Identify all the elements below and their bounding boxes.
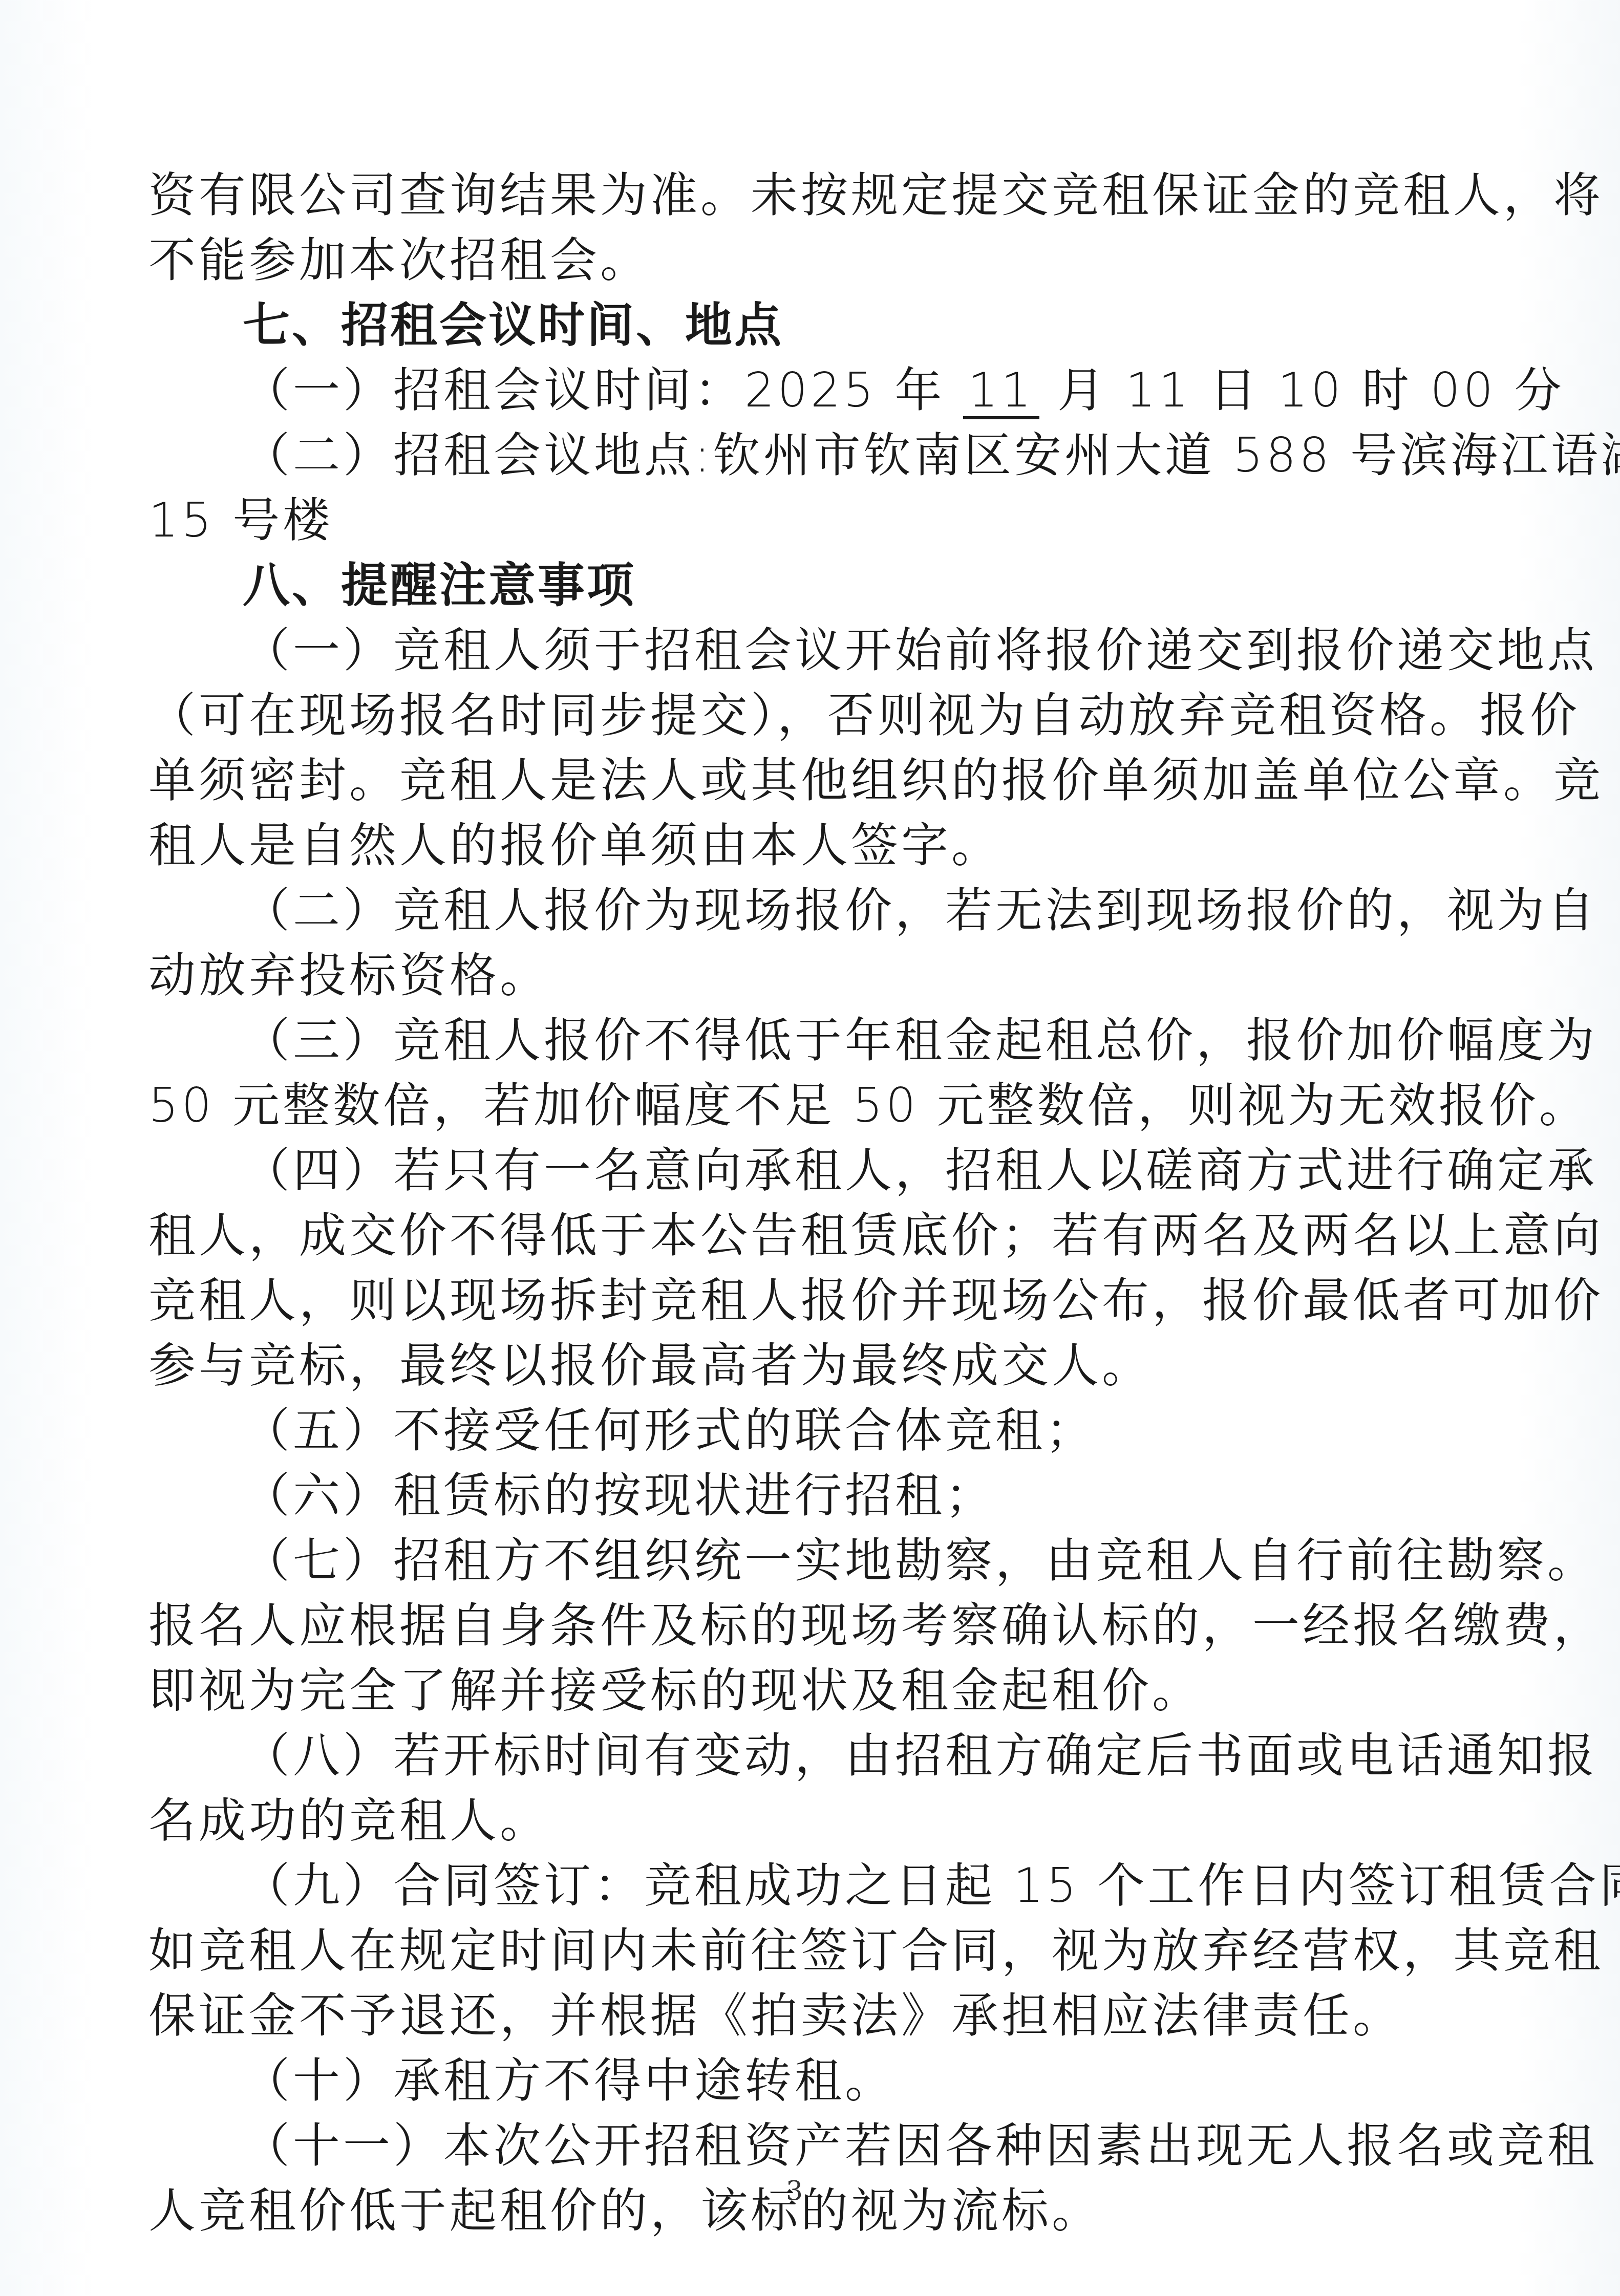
paragraph-line: 不能参加本次招租会。 [148, 228, 1439, 293]
meeting-month-underlined: 11 [963, 365, 1039, 419]
notice-item-2-cont: 动放弃投标资格。 [148, 943, 1439, 1008]
meeting-place-line-cont: 15 号楼 [148, 488, 1439, 553]
section-8-heading: 八、提醒注意事项 [148, 553, 1439, 618]
document-page: 资有限公司查询结果为准。未按规定提交竞租保证金的竞租人，将 不能参加本次招租会。… [0, 0, 1620, 2296]
page-number: 3 [786, 2176, 803, 2206]
notice-item-6: （六）租赁标的按现状进行招租； [148, 1463, 1439, 1528]
notice-item-9-cont: 保证金不予退还，并根据《拍卖法》承担相应法律责任。 [148, 1983, 1439, 2048]
notice-item-1-cont: （可在现场报名时同步提交），否则视为自动放弃竞租资格。报价 [148, 683, 1439, 748]
notice-item-7-cont: 报名人应根据自身条件及标的现场考察确认标的，一经报名缴费， [148, 1593, 1439, 1658]
notice-item-3-cont: 50 元整数倍，若加价幅度不足 50 元整数倍，则视为无效报价。 [148, 1073, 1439, 1138]
notice-item-4-cont: 租人，成交价不得低于本公告租赁底价；若有两名及两名以上意向 [148, 1203, 1439, 1268]
notice-item-5: （五）不接受任何形式的联合体竞租； [148, 1398, 1439, 1463]
notice-item-4: （四）若只有一名意向承租人，招租人以磋商方式进行确定承 [148, 1138, 1439, 1203]
notice-item-2: （二）竞租人报价为现场报价，若无法到现场报价的，视为自 [148, 878, 1439, 943]
meeting-time-suffix: 月 11 日 10 时 00 分 [1057, 363, 1565, 418]
meeting-time-prefix: （一）招租会议时间：2025 年 [243, 363, 945, 418]
notice-item-3: （三）竞租人报价不得低于年租金起租总价，报价加价幅度为 [148, 1008, 1439, 1073]
document-body: 资有限公司查询结果为准。未按规定提交竞租保证金的竞租人，将 不能参加本次招租会。… [148, 163, 1439, 2243]
notice-item-1-cont: 租人是自然人的报价单须由本人签字。 [148, 813, 1439, 878]
notice-item-9-cont: 如竞租人在规定时间内未前往签订合同，视为放弃经营权，其竞租 [148, 1918, 1439, 1983]
notice-item-8-cont: 名成功的竞租人。 [148, 1788, 1439, 1853]
notice-item-4-cont: 参与竞标，最终以报价最高者为最终成交人。 [148, 1333, 1439, 1398]
notice-item-7: （七）招租方不组织统一实地勘察，由竞租人自行前往勘察。 [148, 1528, 1439, 1593]
meeting-time-line: （一）招租会议时间：2025 年 11 月 11 日 10 时 00 分 [148, 358, 1439, 423]
notice-item-11: （十一）本次公开招租资产若因各种因素出现无人报名或竞租 [148, 2113, 1439, 2178]
notice-item-4-cont: 竞租人，则以现场拆封竞租人报价并现场公布，报价最低者可加价 [148, 1268, 1439, 1333]
notice-item-10: （十）承租方不得中途转租。 [148, 2048, 1439, 2113]
notice-item-1: （一）竞租人须于招租会议开始前将报价递交到报价递交地点 [148, 618, 1439, 683]
notice-item-8: （八）若开标时间有变动，由招租方确定后书面或电话通知报 [148, 1723, 1439, 1788]
notice-item-1-cont: 单须密封。竞租人是法人或其他组织的报价单须加盖单位公章。竞 [148, 748, 1439, 813]
notice-item-9: （九）合同签订：竞租成功之日起 15 个工作日内签订租赁合同， [148, 1853, 1439, 1918]
paragraph-line: 资有限公司查询结果为准。未按规定提交竞租保证金的竞租人，将 [148, 163, 1439, 228]
notice-item-7-cont: 即视为完全了解并接受标的现状及租金起租价。 [148, 1658, 1439, 1723]
meeting-place-line: （二）招租会议地点:钦州市钦南区安州大道 588 号滨海江语湖 [148, 423, 1439, 488]
section-7-heading: 七、招租会议时间、地点 [148, 293, 1439, 358]
